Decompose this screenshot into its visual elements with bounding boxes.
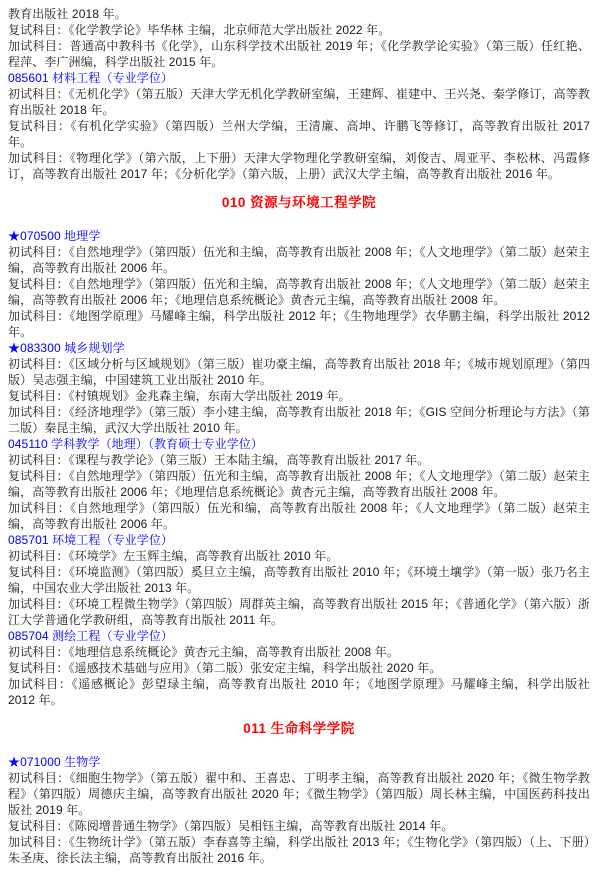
exam-subject-line: 加试科目：《环境工程微生物学》（第四版）周群英主编，高等教育出版社 2015 年…	[8, 596, 590, 628]
exam-subject-line: 加试科目：《遥感概论》彭望琭主编，高等教育出版社 2010 年；《地图学原理》马…	[8, 676, 590, 708]
exam-subject-line: 初试科目：《区域分析与区域规划》（第三版）崔功豪主编，高等教育出版社 2018 …	[8, 356, 590, 388]
exam-subject-line: 初试科目：《无机化学》（第五版）天津大学无机化学教研室编，王建辉、崔建中、王兴尧…	[8, 86, 590, 118]
reference-book-list-document: 教育出版社 2018 年。复试科目：《化学教学论》毕华林 主编，北京师范大学出版…	[0, 0, 599, 872]
exam-subject-line: 初试科目：《环境学》左玉辉主编，高等教育出版社 2010 年。	[8, 548, 590, 564]
exam-subject-line: 初试科目：《地理信息系统概论》黄杏元主编，高等教育出版社 2008 年。	[8, 644, 590, 660]
exam-subject-line: 加试科目：普通高中教科书《化学》，山东科学技术出版社 2019 年；《化学教学论…	[8, 38, 590, 70]
exam-subject-line: 加试科目：《经济地理学》（第三版）李小建主编，高等教育出版社 2018 年；《G…	[8, 404, 590, 436]
exam-subject-line: 初试科目：《自然地理学》（第四版）伍光和主编，高等教育出版社 2008 年；《人…	[8, 244, 590, 276]
program-code-heading: 085704 测绘工程（专业学位）	[8, 628, 590, 644]
exam-subject-line: 初试科目：《课程与教学论》（第三版）王本陆主编，高等教育出版社 2017 年。	[8, 452, 590, 468]
exam-subject-line: 教育出版社 2018 年。	[8, 6, 590, 22]
college-section-heading: 010 资源与环境工程学院	[8, 195, 590, 211]
exam-subject-line: 复试科目：《遥感技术基础与应用》（第二版）张安定主编，科学出版社 2020 年。	[8, 660, 590, 676]
program-code-heading: 085601 材料工程（专业学位）	[8, 70, 590, 86]
exam-subject-line: 复试科目：《自然地理学》（第四版）伍光和主编，高等教育出版社 2008 年；《人…	[8, 276, 590, 308]
exam-subject-line: 加试科目：《物理化学》（第六版，上下册）天津大学物理化学教研室编，刘俊吉、周亚平…	[8, 150, 590, 182]
exam-subject-line: 初试科目：《细胞生物学》（第五版）翟中和、王喜忠、丁明孝主编，高等教育出版社 2…	[8, 770, 590, 818]
exam-subject-line: 复试科目：《有机化学实验》（第四版）兰州大学编，王清廉、高坤、许鹏飞等修订，高等…	[8, 118, 590, 150]
exam-subject-line: 加试科目：《自然地理学》（第四版）伍光和编，高等教育出版社 2008 年；《人文…	[8, 500, 590, 532]
exam-subject-line: 复试科目：《自然地理学》（第四版）伍光和主编，高等教育出版社 2008 年；《人…	[8, 468, 590, 500]
exam-subject-line: 复试科目：《化学教学论》毕华林 主编，北京师范大学出版社 2022 年。	[8, 22, 590, 38]
exam-subject-line: 复试科目：《村镇规划》金兆森主编，东南大学出版社 2019 年。	[8, 388, 590, 404]
program-code-heading: 085701 环境工程（专业学位）	[8, 532, 590, 548]
program-code-heading: ★071000 生物学	[8, 754, 590, 770]
program-code-heading: ★070500 地理学	[8, 228, 590, 244]
exam-subject-line: 复试科目：《环境监测》（第四版）奚旦立主编，高等教育出版社 2010 年；《环境…	[8, 564, 590, 596]
program-code-heading: ★083300 城乡规划学	[8, 340, 590, 356]
exam-subject-line: 复试科目：《陈阅增普通生物学》（第四版）吴相钰主编，高等教育出版社 2014 年…	[8, 818, 590, 834]
exam-subject-line: 加试科目：《地图学原理》马耀峰主编，科学出版社 2012 年；《生物地理学》衣华…	[8, 308, 590, 340]
college-section-heading: 011 生命科学学院	[8, 721, 590, 737]
program-code-heading: 045110 学科教学（地理）（教育硕士专业学位）	[8, 436, 590, 452]
exam-subject-line: 加试科目：《生物统计学》（第五版）李春喜等主编，科学出版社 2013 年；《生物…	[8, 834, 590, 866]
